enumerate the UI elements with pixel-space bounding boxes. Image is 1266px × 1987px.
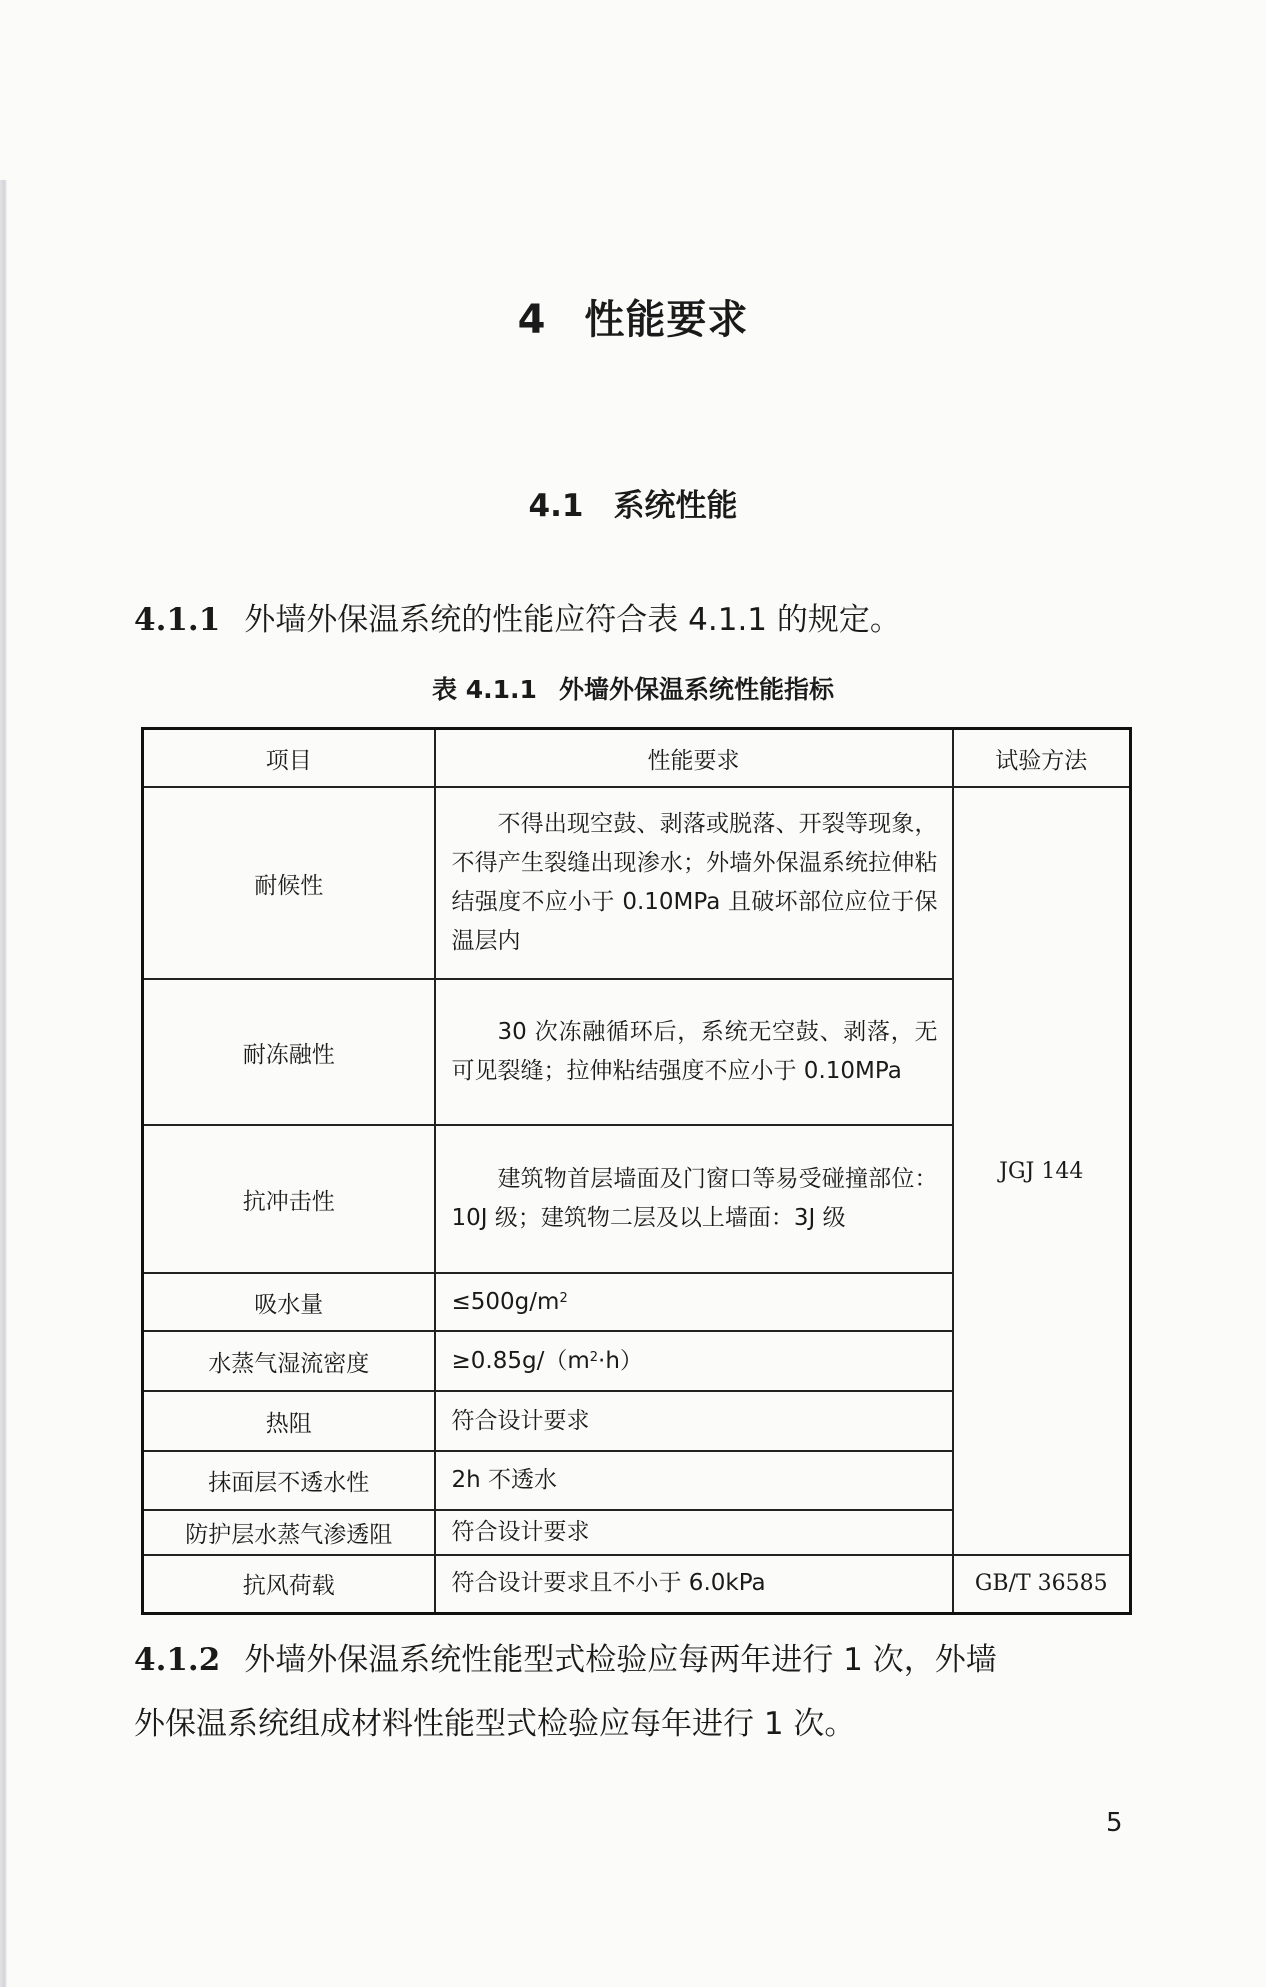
section-title: 4.1系统性能 [0,480,1266,525]
table-row: 耐候性 不得出现空鼓、剥落或脱落、开裂等现象，不得产生裂缝出现渗水；外墙外保温系… [143,787,1131,979]
row-requirement: 2h 不透水 [435,1451,953,1510]
row-requirement: ≥0.85g/（m2·h） [435,1331,953,1391]
requirement-text: ≥0.85g/（m [452,1348,590,1374]
row-requirement: 建筑物首层墙面及门窗口等易受碰撞部位：10J 级；建筑物二层及以上墙面：3J 级 [435,1125,953,1273]
header-item: 项目 [143,729,435,788]
table-header-row: 项目 性能要求 试验方法 [143,729,1131,788]
superscript: 2 [559,1291,567,1306]
chapter-title-text: 性能要求 [584,297,748,343]
section-number: 4.1 [529,488,584,524]
page-edge-shadow [0,180,7,1987]
row-requirement: 符合设计要求且不小于 6.0kPa [435,1555,953,1613]
row-requirement: 符合设计要求 [435,1510,953,1555]
header-requirement: 性能要求 [435,729,953,788]
performance-table: 项目 性能要求 试验方法 耐候性 不得出现空鼓、剥落或脱落、开裂等现象，不得产生… [141,727,1132,1615]
row-requirement: 不得出现空鼓、剥落或脱落、开裂等现象，不得产生裂缝出现渗水；外墙外保温系统拉伸粘… [435,787,953,979]
row-item: 水蒸气湿流密度 [143,1331,435,1391]
requirement-text-suffix: ·h） [598,1348,643,1374]
clause-4-1-2: 4.1.2外墙外保温系统性能型式检验应每两年进行 1 次，外墙 外保温系统组成材… [134,1628,1134,1756]
header-method: 试验方法 [953,729,1131,788]
row-item: 吸水量 [143,1273,435,1331]
superscript: 2 [590,1350,598,1365]
row-item: 耐候性 [143,787,435,979]
clause-text: 外墙外保温系统的性能应符合表 4.1.1 的规定。 [244,602,901,638]
row-item: 防护层水蒸气渗透阻 [143,1510,435,1555]
clause-4-1-1: 4.1.1外墙外保温系统的性能应符合表 4.1.1 的规定。 [134,588,1130,652]
table-caption: 表 4.1.1外墙外保温系统性能指标 [0,670,1266,706]
row-item: 抹面层不透水性 [143,1451,435,1510]
row-item: 抗风荷载 [143,1555,435,1613]
section-title-text: 系统性能 [613,488,737,524]
clause-line-2: 外保温系统组成材料性能型式检验应每年进行 1 次。 [134,1692,1134,1756]
clause-line-1: 4.1.2外墙外保温系统性能型式检验应每两年进行 1 次，外墙 [134,1628,1134,1692]
row-item: 热阻 [143,1391,435,1451]
requirement-text: ≤500g/m [452,1289,560,1315]
clause-number: 4.1.2 [134,1642,220,1678]
test-method-merged: JGJ 144 [953,787,1131,1555]
test-method-last: GB/T 36585 [953,1555,1131,1613]
table-caption-title: 外墙外保温系统性能指标 [559,675,834,704]
chapter-title: 4性能要求 [0,288,1266,345]
chapter-number: 4 [518,297,547,343]
clause-number: 4.1.1 [134,602,220,638]
table-row: 抗风荷载 符合设计要求且不小于 6.0kPa GB/T 36585 [143,1555,1131,1613]
row-requirement: 符合设计要求 [435,1391,953,1451]
table-caption-number: 表 4.1.1 [432,675,537,704]
row-item: 抗冲击性 [143,1125,435,1273]
row-requirement: 30 次冻融循环后，系统无空鼓、剥落，无可见裂缝；拉伸粘结强度不应小于 0.10… [435,979,953,1125]
row-requirement: ≤500g/m2 [435,1273,953,1331]
page-number: 5 [1106,1808,1123,1838]
clause-text: 外墙外保温系统性能型式检验应每两年进行 1 次，外墙 [244,1642,996,1678]
row-item: 耐冻融性 [143,979,435,1125]
